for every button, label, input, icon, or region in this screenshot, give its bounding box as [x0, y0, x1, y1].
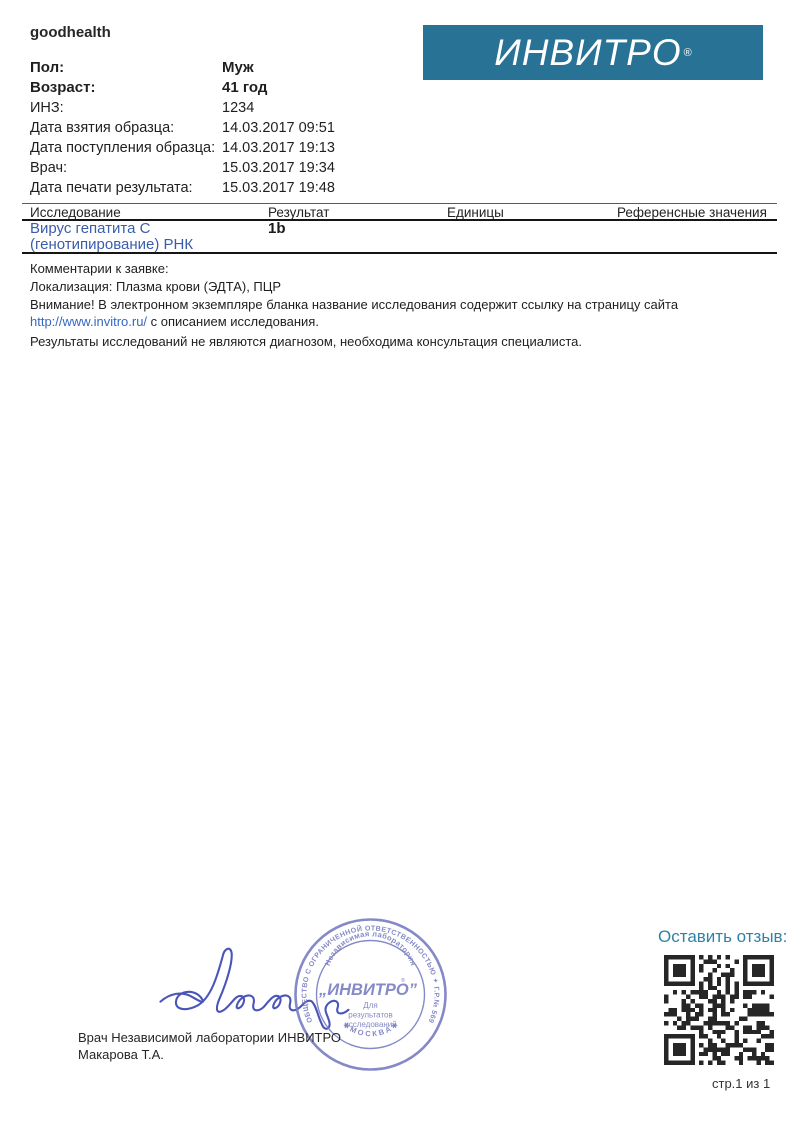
comments-title: Комментарии к заявке: [30, 261, 169, 276]
field-label: Дата взятия образца: [30, 118, 222, 138]
qr-code [660, 951, 778, 1069]
test-result-value: 1b [268, 220, 286, 237]
stamp-center-line1: Для [363, 1001, 377, 1010]
field-value: Муж [222, 59, 254, 76]
field-value: 15.03.2017 19:34 [222, 160, 335, 176]
doctor-block: Врач Независимой лаборатории ИНВИТРО Мак… [78, 1029, 341, 1063]
field-label: Возраст: [30, 78, 222, 98]
column-header-reference: Референсные значения [617, 205, 767, 220]
invitro-logo: ИНВИТРО® [423, 25, 763, 80]
doctor-name: Макарова Т.А. [78, 1046, 341, 1063]
stamp-center-line3: исследований [344, 1020, 397, 1029]
patient-row-doctor: Врач:15.03.2017 19:34 [30, 158, 335, 178]
field-label: Дата поступления образца: [30, 138, 222, 158]
patient-row-age: Возраст:41 год [30, 78, 335, 98]
column-header-test: Исследование [30, 205, 121, 220]
stamp-center-line2: результатов [348, 1011, 392, 1020]
invitro-website-link[interactable]: http://www.invitro.ru/ [30, 314, 147, 329]
field-label: Пол: [30, 58, 222, 78]
attention-text-prefix: Внимание! В электронном экземпляре бланк… [30, 297, 678, 312]
invitro-logo-text: ИНВИТРО [494, 34, 681, 71]
localization-text: Локализация: Плазма крови (ЭДТА), ПЦР [30, 279, 281, 294]
doctor-title: Врач Независимой лаборатории ИНВИТРО [78, 1029, 341, 1046]
page-number: стр.1 из 1 [712, 1076, 770, 1091]
patient-info-block: Пол:Муж Возраст:41 год ИНЗ:1234 Дата взя… [30, 58, 335, 198]
lab-report-page: goodhealth ИНВИТРО® Пол:Муж Возраст:41 г… [0, 0, 800, 1124]
table-bottom-divider [22, 252, 777, 254]
field-label: Дата печати результата: [30, 178, 222, 198]
field-value: 14.03.2017 19:13 [222, 140, 335, 156]
field-label: Врач: [30, 158, 222, 178]
attention-text-suffix: с описанием исследования. [147, 314, 319, 329]
field-label: ИНЗ: [30, 98, 222, 118]
field-value: 41 год [222, 79, 267, 96]
disclaimer-text: Результаты исследований не являются диаг… [30, 334, 778, 349]
patient-row-sex: Пол:Муж [30, 58, 335, 78]
patient-row-sample-taken: Дата взятия образца:14.03.2017 09:51 [30, 118, 335, 138]
attention-note: Внимание! В электронном экземпляре бланк… [30, 297, 778, 330]
test-name-link[interactable]: Вирус гепатита С (генотипирование) РНК [30, 221, 270, 253]
stamp-registered-icon: ® [401, 977, 405, 984]
registered-trademark-icon: ® [684, 47, 692, 59]
table-top-divider [22, 203, 777, 204]
column-header-result: Результат [268, 205, 329, 220]
field-value: 15.03.2017 19:48 [222, 180, 335, 196]
client-name: goodhealth [30, 24, 111, 41]
field-value: 14.03.2017 09:51 [222, 120, 335, 136]
column-header-units: Единицы [447, 205, 504, 220]
patient-row-inz: ИНЗ:1234 [30, 98, 335, 118]
field-value: 1234 [222, 100, 254, 116]
patient-row-print-date: Дата печати результата:15.03.2017 19:48 [30, 178, 335, 198]
feedback-label: Оставить отзыв: [658, 927, 787, 947]
patient-row-sample-received: Дата поступления образца:14.03.2017 19:1… [30, 138, 335, 158]
